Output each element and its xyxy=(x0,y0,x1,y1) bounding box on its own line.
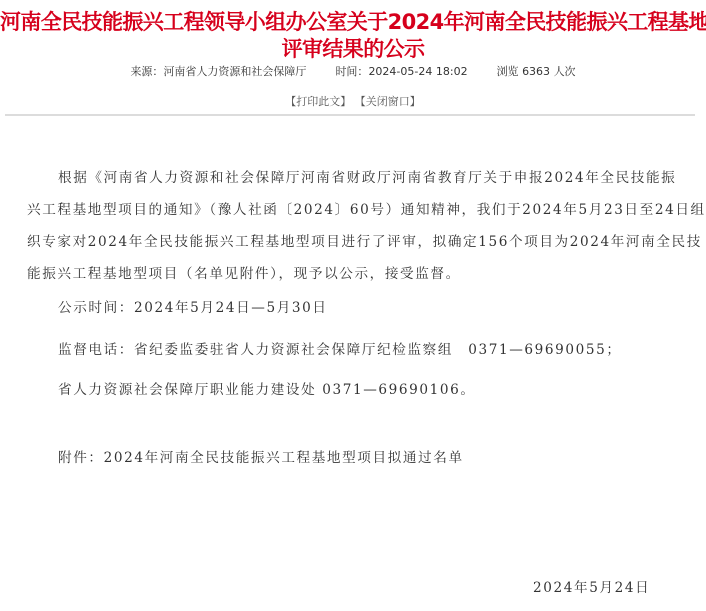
views-unit: 人次 xyxy=(554,64,576,80)
views-label: 浏览 xyxy=(497,64,519,80)
article-actions: 【打印此文】 【关闭窗口】 xyxy=(0,94,706,110)
main-paragraph: 根据《河南省人力资源和社会保障厅河南省财政厅河南省教育厅关于申报2024年全民技… xyxy=(27,162,677,290)
article-meta: 来源：河南省人力资源和社会保障厅 时间：2024-05-24 18:02 浏览 … xyxy=(0,64,706,80)
publicity-period: 公示时间：2024年5月24日—5月30日 xyxy=(58,296,328,316)
source-label: 来源： xyxy=(130,64,163,80)
article-title-line-2: 评审结果的公示 xyxy=(0,36,706,62)
attachment-link[interactable]: 附件：2024年河南全民技能振兴工程基地型项目拟通过名单 xyxy=(58,446,464,466)
article-title-line-1: 河南全民技能振兴工程领导小组办公室关于2024年河南全民技能振兴工程基地型项目 xyxy=(0,9,706,35)
print-link[interactable]: 【打印此文】 xyxy=(285,95,351,108)
sign-date: 2024年5月24日 xyxy=(533,576,650,596)
paragraph-line: 兴工程基地型项目的通知》（豫人社函〔2024〕60号）通知精神，我们于2024年… xyxy=(27,194,677,226)
paragraph-line: 能振兴工程基地型项目（名单见附件），现予以公示，接受监督。 xyxy=(27,258,677,290)
supervision-phone-2: 省人力资源社会保障厅职业能力建设处 0371—69690106。 xyxy=(58,378,476,398)
separator-line xyxy=(5,114,695,116)
close-window-link[interactable]: 【关闭窗口】 xyxy=(355,95,421,108)
time-value: 2024-05-24 18:02 xyxy=(368,64,467,80)
supervision-phone-1: 监督电话：省纪委监委驻省人力资源社会保障厅纪检监察组 0371—69690055… xyxy=(58,338,622,358)
views-count: 6363 xyxy=(522,64,550,80)
source-value: 河南省人力资源和社会保障厅 xyxy=(163,64,306,80)
time-label: 时间： xyxy=(335,64,368,80)
paragraph-line: 织专家对2024年全民技能振兴工程基地型项目进行了评审，拟确定156个项目为20… xyxy=(27,226,677,258)
paragraph-line: 根据《河南省人力资源和社会保障厅河南省财政厅河南省教育厅关于申报2024年全民技… xyxy=(27,162,677,194)
